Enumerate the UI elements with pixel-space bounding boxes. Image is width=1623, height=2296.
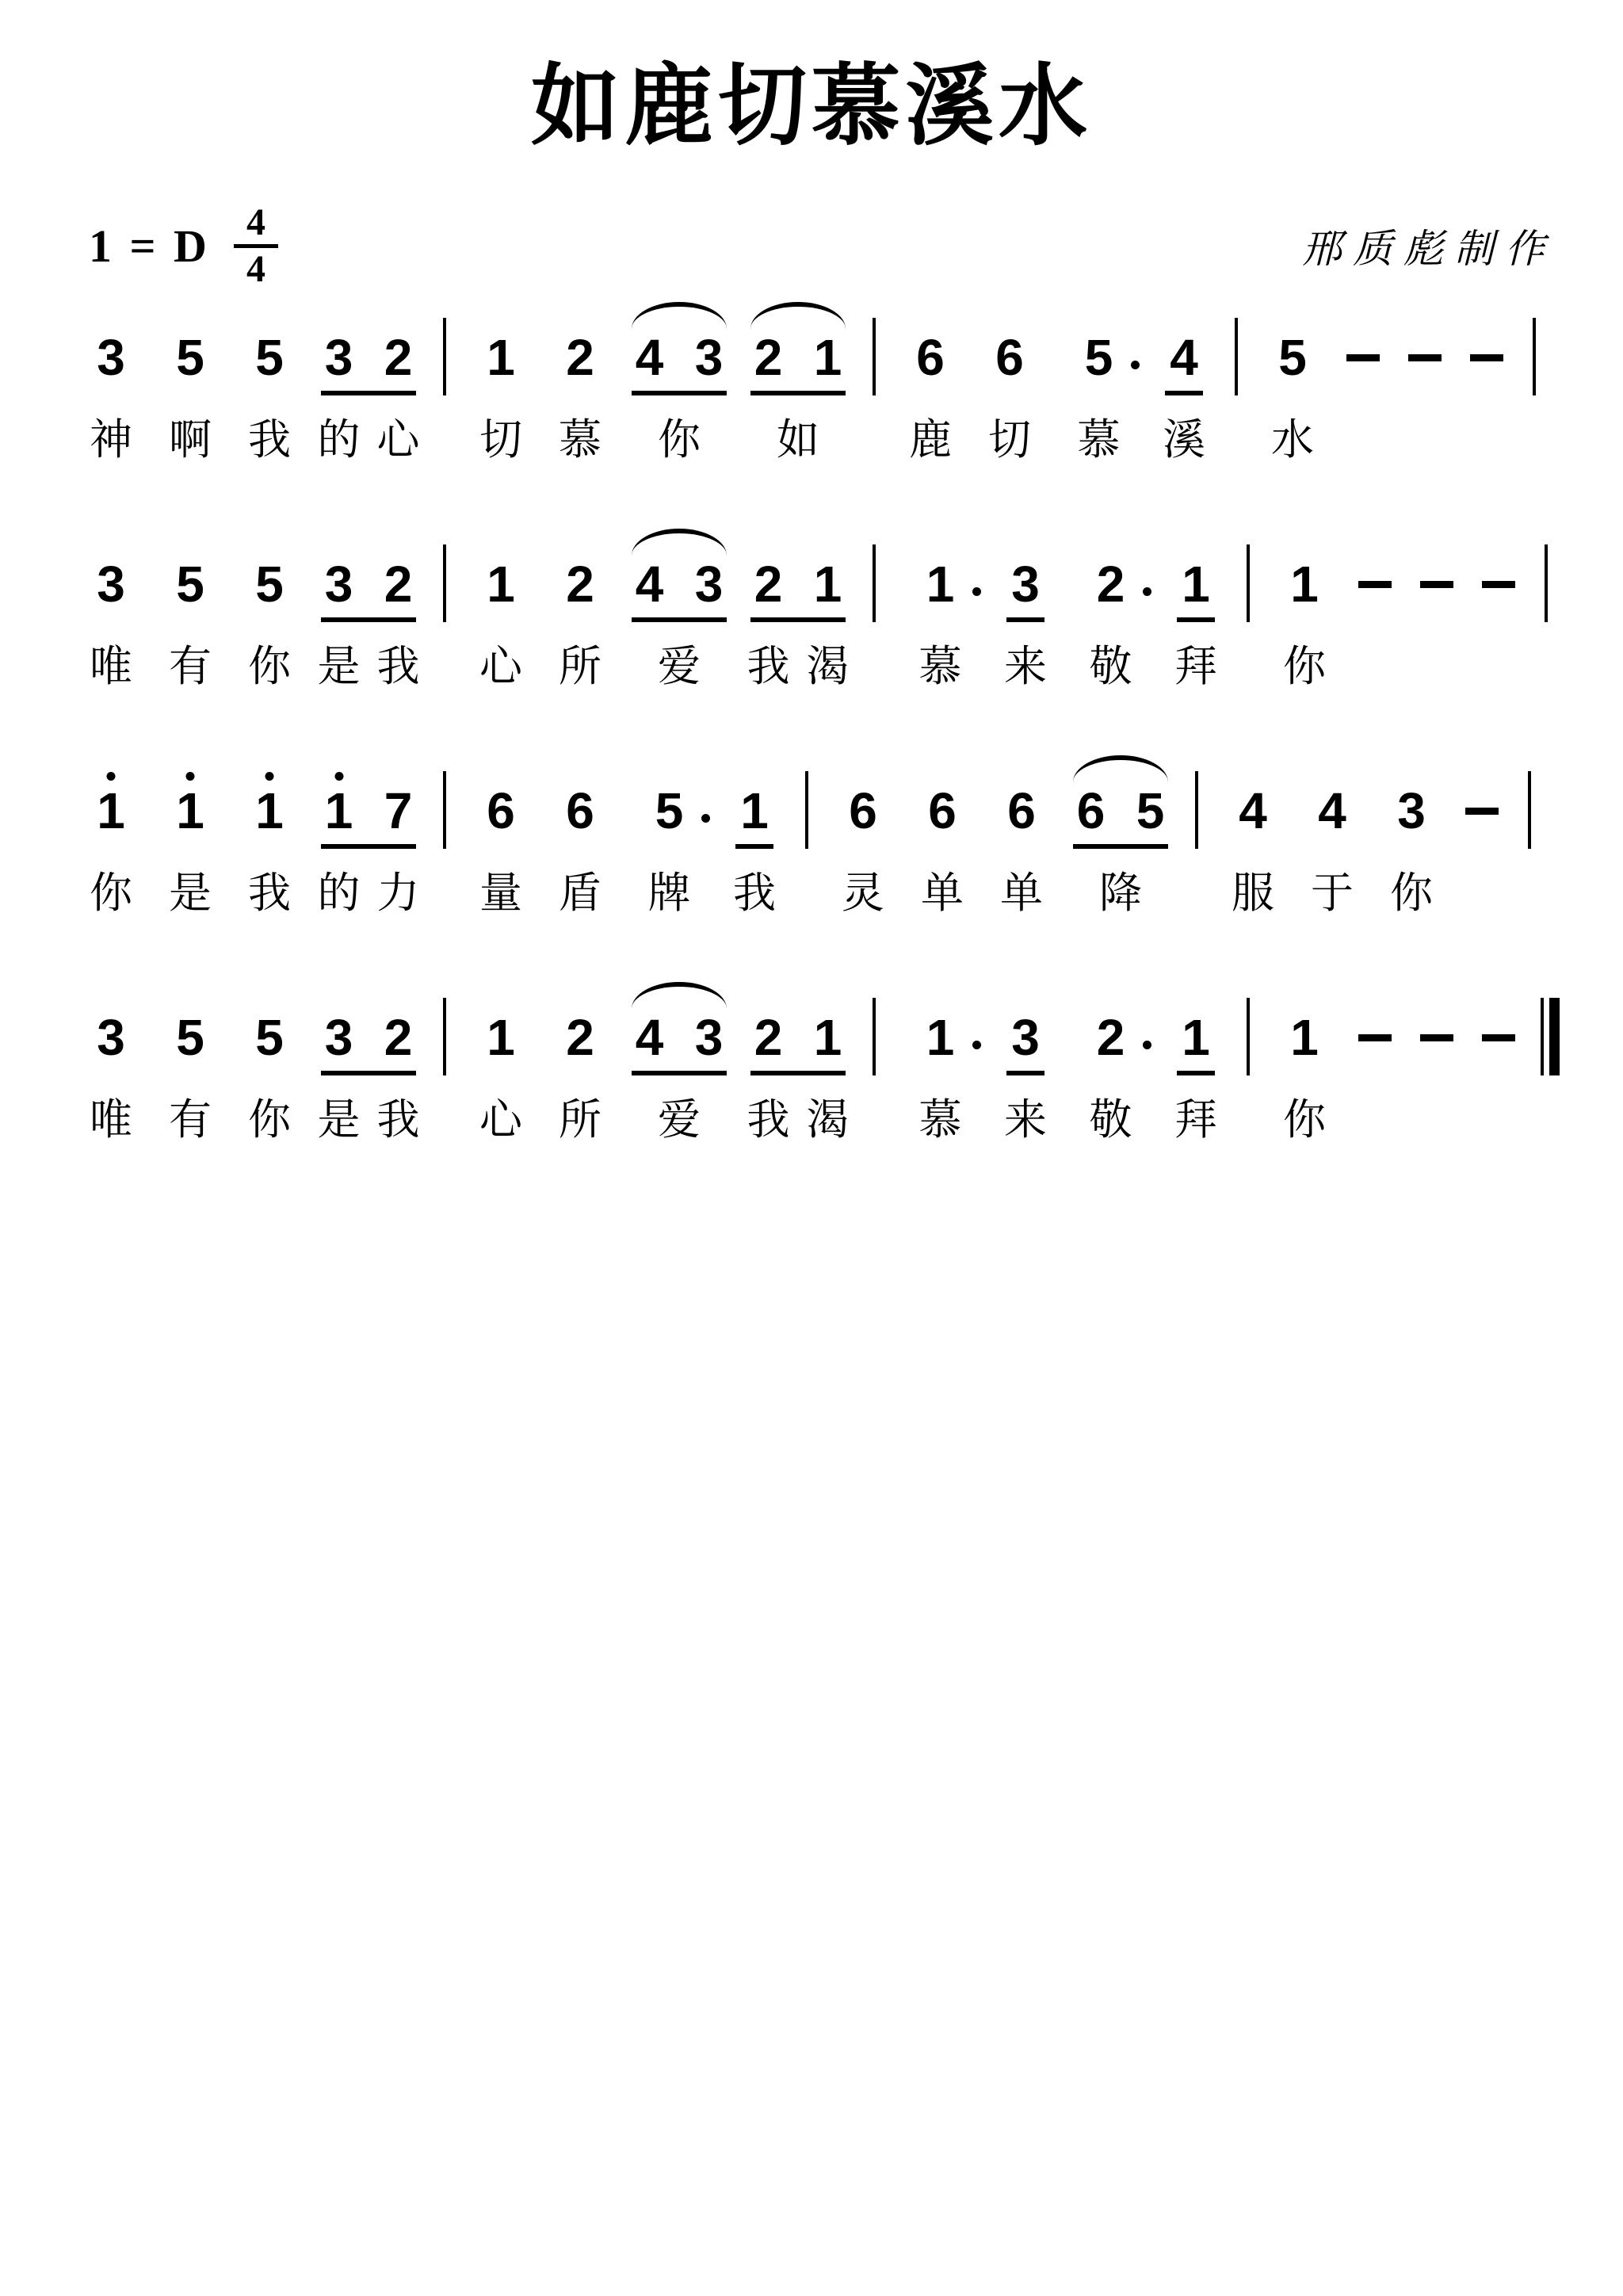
note: 4溪 — [1148, 332, 1220, 464]
beam-underline — [321, 844, 416, 849]
dash-line — [1346, 354, 1380, 361]
note: 1心 — [461, 1012, 540, 1144]
barline — [857, 1012, 891, 1144]
lyric: 是 — [169, 869, 212, 917]
lyric: 慕 — [1078, 416, 1121, 464]
lyric-zone: 鹿 — [891, 416, 970, 464]
music-system: 1你1是1我17的力6量6盾5牌1我6灵6单6单65降4服4于3你 — [71, 758, 1623, 985]
note: 1慕 — [891, 559, 990, 690]
note: 1我 — [230, 785, 309, 917]
bar-line — [443, 318, 446, 395]
bar-line — [1247, 998, 1250, 1075]
duration-dash — [1468, 1012, 1529, 1144]
barline — [1232, 559, 1265, 690]
note-digit: 3 — [695, 1012, 724, 1063]
note-digit: 1 — [325, 785, 353, 836]
note-digit: 1 — [97, 785, 125, 836]
lyric: 服 — [1232, 869, 1274, 917]
note-digit: 2 — [384, 332, 413, 383]
duration-dash — [1406, 1012, 1468, 1144]
note-digit: 6 — [995, 332, 1024, 383]
note: 2 — [369, 1012, 428, 1063]
note-digit: 3 — [1011, 559, 1040, 609]
note: 3来 — [990, 1012, 1061, 1144]
note: 2所 — [540, 1012, 620, 1144]
note: 1 — [309, 785, 369, 836]
barline — [428, 1012, 461, 1144]
barline — [428, 332, 461, 464]
lyric-zone: 你 — [230, 643, 309, 690]
note: 2 — [739, 559, 798, 609]
note-digit: 1 — [926, 1012, 955, 1063]
lyric: 你 — [658, 416, 701, 464]
note: 2所 — [540, 559, 620, 690]
lyric: 鹿 — [909, 416, 952, 464]
note-digit: 1 — [1182, 1012, 1210, 1063]
lyric-zone: 于 — [1293, 869, 1372, 917]
lyric-zone: 慕 — [1049, 416, 1148, 464]
note: 6量 — [461, 785, 540, 917]
note: 1你 — [71, 785, 151, 917]
note-digit: 3 — [695, 559, 724, 609]
lyric: 你 — [1283, 643, 1326, 690]
lyric-zone: 降 — [1061, 869, 1180, 917]
note-digit: 2 — [566, 332, 594, 383]
bar-line — [1195, 771, 1198, 849]
note: 3唯 — [71, 559, 151, 690]
barline — [857, 332, 891, 464]
note-digit: 1 — [814, 332, 842, 383]
barline — [428, 785, 461, 917]
note-digit: 7 — [384, 785, 413, 836]
dash-line — [1408, 354, 1442, 361]
beam-group: 32是我 — [309, 1012, 428, 1144]
lyric-zone: 你 — [230, 1096, 309, 1144]
lyric-zone: 唯 — [71, 1096, 151, 1144]
credit: 邢质彪制作 — [1302, 217, 1556, 274]
note-digit: 2 — [566, 559, 594, 609]
lyric: 敬 — [1090, 643, 1132, 690]
dash-line — [1420, 1034, 1453, 1041]
note-digit: 2 — [384, 559, 413, 609]
note-digit: 1 — [814, 559, 842, 609]
note-digit: 3 — [97, 1012, 125, 1063]
note: 3来 — [990, 559, 1061, 690]
note: 6切 — [970, 332, 1049, 464]
beam-underline — [632, 391, 727, 395]
lyric: 于 — [1311, 869, 1354, 917]
bar-line — [1528, 771, 1531, 849]
note: 3 — [309, 1012, 369, 1063]
lyric: 盾 — [559, 869, 601, 917]
lyric-zone: 的心 — [309, 416, 428, 464]
lyric: 降 — [1099, 869, 1142, 917]
lyric-zone: 心 — [461, 643, 540, 690]
note: 2敬 — [1061, 1012, 1160, 1144]
barline — [428, 559, 461, 690]
note: 1心 — [461, 559, 540, 690]
lyric: 啊 — [169, 416, 212, 464]
note: 6灵 — [823, 785, 903, 917]
dash-line — [1482, 1034, 1515, 1041]
song-title: 如鹿切慕溪水 — [0, 55, 1623, 159]
lyric-zone: 溪 — [1148, 416, 1220, 464]
lyric: 神 — [90, 416, 132, 464]
note-digit: 6 — [916, 332, 945, 383]
note: 2 — [739, 1012, 798, 1063]
barline — [1220, 332, 1253, 464]
note-digit: 2 — [1097, 559, 1125, 609]
lyric-zone: 唯 — [71, 643, 151, 690]
lyric: 来 — [1004, 1096, 1047, 1144]
lyric: 慕 — [559, 416, 601, 464]
note-digit: 1 — [487, 559, 515, 609]
barline — [1180, 785, 1213, 917]
note-digit: 3 — [325, 559, 353, 609]
music-system: 3神5啊5我32的心1切2慕43你21如6鹿6切5慕4溪5水 — [71, 305, 1623, 532]
lyric: 灵 — [842, 869, 884, 917]
note-digit: 1 — [176, 785, 204, 836]
lyric-zone: 你 — [1372, 869, 1451, 917]
time-signature-bottom: 4 — [246, 251, 265, 288]
note: 2敬 — [1061, 559, 1160, 690]
lyric-zone: 有 — [151, 1096, 230, 1144]
dash-line — [1358, 581, 1392, 588]
lyric-zone: 的力 — [309, 869, 428, 917]
note: 6盾 — [540, 785, 620, 917]
lyric: 爱 — [658, 643, 701, 690]
note-digit: 5 — [176, 332, 204, 383]
octave-dot — [107, 772, 116, 781]
duration-dash — [1468, 559, 1529, 690]
slur-arc — [750, 302, 846, 329]
lyric: 唯 — [90, 1096, 132, 1144]
lyric-zone: 所 — [540, 643, 620, 690]
note-digit: 3 — [325, 332, 353, 383]
duration-dash — [1394, 332, 1456, 464]
beam-underline — [750, 391, 846, 395]
note: 4 — [620, 1012, 679, 1063]
dash-line — [1465, 808, 1499, 815]
beam-underline — [750, 1071, 846, 1075]
note: 7 — [369, 785, 428, 836]
note-digit: 6 — [928, 785, 957, 836]
eighth-underline — [1006, 617, 1044, 622]
bar-line — [443, 771, 446, 849]
note: 6 — [1061, 785, 1121, 836]
lyric-zone: 慕 — [891, 643, 990, 690]
note: 5我 — [230, 332, 309, 464]
note: 1 — [798, 1012, 857, 1063]
time-signature-top: 4 — [246, 204, 265, 241]
note: 6单 — [903, 785, 982, 917]
note-digit: 2 — [754, 332, 783, 383]
octave-dot — [265, 772, 274, 781]
lyric: 是 — [309, 1096, 369, 1144]
lyric: 所 — [559, 1096, 601, 1144]
lyric: 量 — [479, 869, 522, 917]
bar-line — [873, 318, 876, 395]
lyric-zone: 心 — [461, 1096, 540, 1144]
note: 4于 — [1293, 785, 1372, 917]
lyric: 慕 — [919, 643, 962, 690]
lyric: 拜 — [1174, 1096, 1217, 1144]
note-digit: 4 — [1318, 785, 1346, 836]
note-digit: 5 — [1085, 332, 1113, 383]
beam-underline — [632, 617, 727, 622]
lyric: 你 — [90, 869, 132, 917]
note: 4 — [620, 559, 679, 609]
lyric: 心 — [479, 643, 522, 690]
slur-arc — [1073, 755, 1168, 782]
bar-line — [443, 998, 446, 1075]
note: 5慕 — [1049, 332, 1148, 464]
eighth-underline — [1006, 1071, 1044, 1075]
note-digit: 5 — [1278, 332, 1307, 383]
note: 5牌 — [620, 785, 719, 917]
beam-group: 17的力 — [309, 785, 428, 917]
beam-group: 21如 — [739, 332, 857, 464]
note-digit: 1 — [255, 785, 284, 836]
lyric-zone: 牌 — [620, 869, 719, 917]
note-digit: 6 — [849, 785, 877, 836]
note-digit: 4 — [636, 559, 664, 609]
lyric-zone: 慕 — [891, 1096, 990, 1144]
note: 4 — [620, 332, 679, 383]
bar-line — [873, 544, 876, 622]
note-digit: 1 — [1290, 559, 1319, 609]
lyric-zone: 有 — [151, 643, 230, 690]
beam-group: 43你 — [620, 332, 739, 464]
note: 5啊 — [151, 332, 230, 464]
note: 1是 — [151, 785, 230, 917]
note: 1你 — [1265, 559, 1344, 690]
augmentation-dot — [1131, 361, 1140, 369]
lyric-zone: 灵 — [823, 869, 903, 917]
lyric: 渴 — [798, 1096, 857, 1144]
lyric: 如 — [777, 416, 819, 464]
key-label: 1 = D — [89, 220, 210, 273]
key-signature: 1 = D 4 4 — [89, 204, 278, 288]
beam-group: 43爱 — [620, 1012, 739, 1144]
eighth-underline — [1177, 617, 1215, 622]
lyric: 牌 — [648, 869, 691, 917]
note-digit: 3 — [97, 332, 125, 383]
lyric-zone: 单 — [903, 869, 982, 917]
note-digit: 4 — [636, 332, 664, 383]
note: 1 — [798, 559, 857, 609]
bar-line — [873, 998, 876, 1075]
note-digit: 4 — [1239, 785, 1267, 836]
lyric-zone: 我渴 — [739, 643, 857, 690]
music-system: 3唯5有5你32是我1心2所43爱21我渴1慕3来2敬1拜1你 — [71, 532, 1623, 758]
note: 1我 — [719, 785, 790, 917]
beam-underline — [750, 617, 846, 622]
lyric: 唯 — [90, 643, 132, 690]
lyric: 心 — [369, 416, 428, 464]
bar-line — [443, 544, 446, 622]
duration-dash — [1344, 559, 1406, 690]
note-digit: 1 — [487, 1012, 515, 1063]
note-digit: 6 — [1077, 785, 1106, 836]
lyric: 敬 — [1090, 1096, 1132, 1144]
lyric: 我 — [248, 869, 291, 917]
lyric: 力 — [369, 869, 428, 917]
note-digit: 1 — [1182, 559, 1210, 609]
beam-group: 21我渴 — [739, 1012, 857, 1144]
note: 3 — [679, 332, 739, 383]
lyric-zone: 啊 — [151, 416, 230, 464]
note-digit: 1 — [1290, 1012, 1319, 1063]
lyric: 的 — [309, 416, 369, 464]
beam-underline — [632, 1071, 727, 1075]
note-digit: 2 — [384, 1012, 413, 1063]
lyric-zone: 所 — [540, 1096, 620, 1144]
note: 3 — [309, 332, 369, 383]
barline — [1518, 332, 1551, 464]
sheet-music-page: 如鹿切慕溪水 1 = D 4 4 邢质彪制作 3神5啊5我32的心1切2慕43你… — [0, 0, 1623, 2296]
barline — [1513, 785, 1546, 917]
barline — [857, 559, 891, 690]
note: 5你 — [230, 1012, 309, 1144]
bar-line — [1247, 544, 1250, 622]
augmentation-dot — [1143, 587, 1151, 596]
duration-dash — [1406, 559, 1468, 690]
eighth-underline — [1177, 1071, 1215, 1075]
eighth-underline — [1165, 391, 1203, 395]
beam-underline — [321, 1071, 416, 1075]
lyric: 来 — [1004, 643, 1047, 690]
duration-dash — [1451, 785, 1513, 917]
lyric: 水 — [1271, 416, 1314, 464]
note: 5 — [1121, 785, 1180, 836]
dash-line — [1470, 354, 1503, 361]
note: 1你 — [1265, 1012, 1344, 1144]
note-digit: 5 — [176, 559, 204, 609]
octave-dot — [186, 772, 195, 781]
lyric-zone: 我渴 — [739, 1096, 857, 1144]
beam-underline — [321, 617, 416, 622]
note: 3你 — [1372, 785, 1451, 917]
fraction-line — [234, 244, 278, 248]
final-bar-thick-line — [1549, 998, 1560, 1075]
lyric: 慕 — [919, 1096, 962, 1144]
note-digit: 5 — [255, 332, 284, 383]
bar-line — [1235, 318, 1238, 395]
dash-line — [1358, 1034, 1392, 1041]
note: 4服 — [1213, 785, 1293, 917]
note-digit: 3 — [1011, 1012, 1040, 1063]
note: 1切 — [461, 332, 540, 464]
note: 3 — [679, 1012, 739, 1063]
note-digit: 3 — [97, 559, 125, 609]
note: 3 — [309, 559, 369, 609]
music-systems: 3神5啊5我32的心1切2慕43你21如6鹿6切5慕4溪5水3唯5有5你32是我… — [0, 305, 1623, 1212]
note: 5你 — [230, 559, 309, 690]
lyric: 单 — [1000, 869, 1043, 917]
note: 1 — [798, 332, 857, 383]
augmentation-dot — [972, 587, 981, 596]
augmentation-dot — [701, 814, 710, 823]
lyric-zone: 我 — [230, 416, 309, 464]
lyric-zone: 敬 — [1061, 643, 1160, 690]
duration-dash — [1344, 1012, 1406, 1144]
lyric: 我 — [733, 869, 776, 917]
lyric: 所 — [559, 643, 601, 690]
beam-underline — [321, 391, 416, 395]
lyric: 我 — [369, 1096, 428, 1144]
lyric-zone: 单 — [982, 869, 1061, 917]
slur-arc — [632, 302, 727, 329]
beam-underline — [1073, 844, 1168, 849]
header-meta-row: 1 = D 4 4 邢质彪制作 — [0, 202, 1623, 289]
note-digit: 6 — [1007, 785, 1036, 836]
note: 3 — [679, 559, 739, 609]
beam-group: 43爱 — [620, 559, 739, 690]
lyric: 你 — [1390, 869, 1433, 917]
lyric: 我 — [369, 643, 428, 690]
lyric-zone: 服 — [1213, 869, 1293, 917]
note: 5水 — [1253, 332, 1332, 464]
note-digit: 5 — [655, 785, 684, 836]
note-digit: 5 — [176, 1012, 204, 1063]
lyric-zone: 敬 — [1061, 1096, 1160, 1144]
note: 5有 — [151, 1012, 230, 1144]
lyric: 我 — [739, 1096, 798, 1144]
eighth-underline — [735, 844, 773, 849]
note: 1慕 — [891, 1012, 990, 1144]
lyric-zone: 你 — [1265, 1096, 1344, 1144]
note: 6单 — [982, 785, 1061, 917]
lyric: 我 — [248, 416, 291, 464]
note-digit: 3 — [325, 1012, 353, 1063]
note: 2慕 — [540, 332, 620, 464]
duration-dash — [1332, 332, 1394, 464]
note-digit: 3 — [1397, 785, 1426, 836]
lyric: 切 — [988, 416, 1031, 464]
note: 5有 — [151, 559, 230, 690]
beam-group: 65降 — [1061, 785, 1180, 917]
lyric-zone: 爱 — [620, 643, 739, 690]
lyric: 有 — [169, 1096, 212, 1144]
dash-line — [1482, 581, 1515, 588]
lyric-zone: 量 — [461, 869, 540, 917]
note-digit: 1 — [926, 559, 955, 609]
lyric-zone: 来 — [990, 643, 1061, 690]
lyric: 爱 — [658, 1096, 701, 1144]
note: 1拜 — [1160, 1012, 1232, 1144]
duration-dash — [1456, 332, 1518, 464]
note-digit: 1 — [487, 332, 515, 383]
beam-group: 32的心 — [309, 332, 428, 464]
dash-line — [1420, 581, 1453, 588]
lyric: 你 — [1283, 1096, 1326, 1144]
lyric-zone: 切 — [461, 416, 540, 464]
note-digit: 5 — [255, 559, 284, 609]
lyric-zone: 拜 — [1160, 1096, 1232, 1144]
final-barline — [1529, 1012, 1563, 1144]
lyric: 单 — [921, 869, 964, 917]
lyric-zone: 我 — [719, 869, 790, 917]
note-digit: 2 — [754, 559, 783, 609]
lyric-zone: 是 — [151, 869, 230, 917]
final-bar-lines — [1541, 998, 1560, 1075]
lyric-zone: 我 — [230, 869, 309, 917]
note: 1拜 — [1160, 559, 1232, 690]
lyric: 有 — [169, 643, 212, 690]
slur-arc — [632, 529, 727, 556]
note-digit: 6 — [566, 785, 594, 836]
